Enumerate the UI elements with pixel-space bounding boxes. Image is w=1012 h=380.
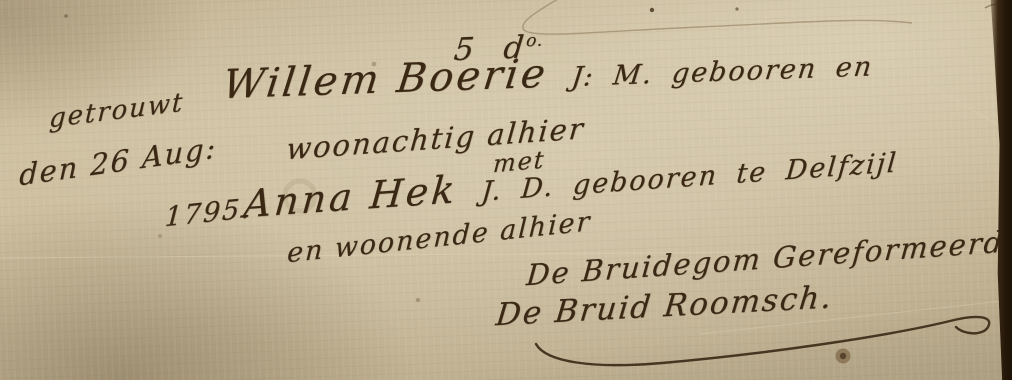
entry-ditto-superscript: o.	[525, 31, 544, 52]
scanned-marriage-register-page: 5 do. getrouwt den 26 Aug: 1795. Willem …	[0, 0, 1012, 380]
groom-details: J: M. gebooren en	[570, 51, 875, 93]
